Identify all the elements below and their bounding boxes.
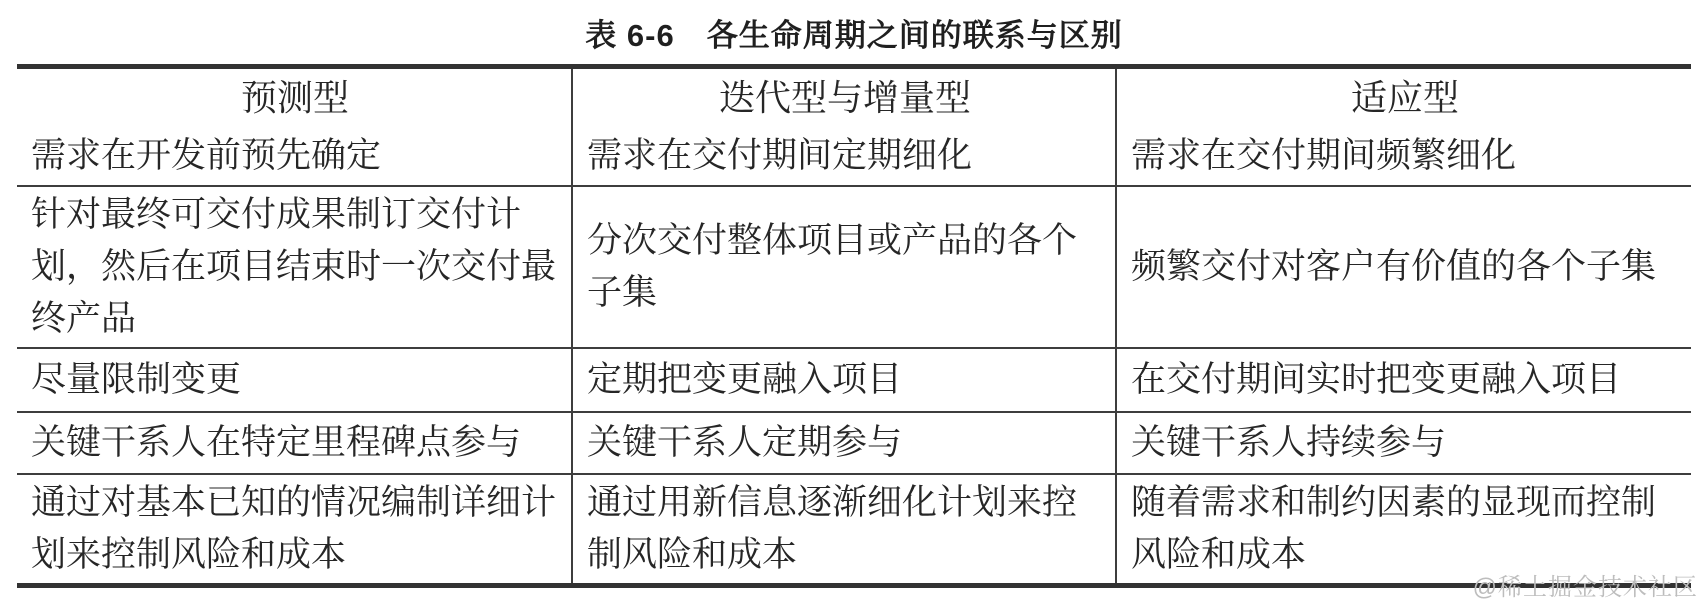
- table-cell: 在交付期间实时把变更融入项目: [1116, 348, 1691, 412]
- table-cell: 随着需求和制约因素的显现而控制风险和成本: [1116, 474, 1691, 586]
- table-row: 关键干系人在特定里程碑点参与 关键干系人定期参与 关键干系人持续参与: [17, 412, 1691, 474]
- table-cell: 关键干系人持续参与: [1116, 412, 1691, 474]
- table-cell: 定期把变更融入项目: [572, 348, 1116, 412]
- column-header-adaptive: 适应型: [1116, 67, 1691, 128]
- table-cell: 关键干系人定期参与: [572, 412, 1116, 474]
- table-cell: 需求在交付期间频繁细化: [1116, 127, 1691, 186]
- table-cell: 分次交付整体项目或产品的各个子集: [572, 186, 1116, 348]
- table-cell: 通过用新信息逐渐细化计划来控制风险和成本: [572, 474, 1116, 586]
- table-title: 表 6-6 各生命周期之间的联系与区别: [0, 0, 1708, 64]
- table-row: 需求在开发前预先确定 需求在交付期间定期细化 需求在交付期间频繁细化: [17, 127, 1691, 186]
- table-cell: 需求在开发前预先确定: [17, 127, 572, 186]
- column-header-predictive: 预测型: [17, 67, 572, 128]
- table-cell: 针对最终可交付成果制订交付计划，然后在项目结束时一次交付最终产品: [17, 186, 572, 348]
- table-cell: 关键干系人在特定里程碑点参与: [17, 412, 572, 474]
- header-row: 预测型 迭代型与增量型 适应型: [17, 67, 1691, 128]
- table-cell: 尽量限制变更: [17, 348, 572, 412]
- table-row: 针对最终可交付成果制订交付计划，然后在项目结束时一次交付最终产品 分次交付整体项…: [17, 186, 1691, 348]
- table-row: 尽量限制变更 定期把变更融入项目 在交付期间实时把变更融入项目: [17, 348, 1691, 412]
- table-cell: 需求在交付期间定期细化: [572, 127, 1116, 186]
- table-cell: 频繁交付对客户有价值的各个子集: [1116, 186, 1691, 348]
- column-header-iterative-incremental: 迭代型与增量型: [572, 67, 1116, 128]
- table-cell: 通过对基本已知的情况编制详细计划来控制风险和成本: [17, 474, 572, 586]
- table-row: 通过对基本已知的情况编制详细计划来控制风险和成本 通过用新信息逐渐细化计划来控制…: [17, 474, 1691, 586]
- lifecycle-comparison-table: 预测型 迭代型与增量型 适应型 需求在开发前预先确定 需求在交付期间定期细化 需…: [17, 64, 1691, 588]
